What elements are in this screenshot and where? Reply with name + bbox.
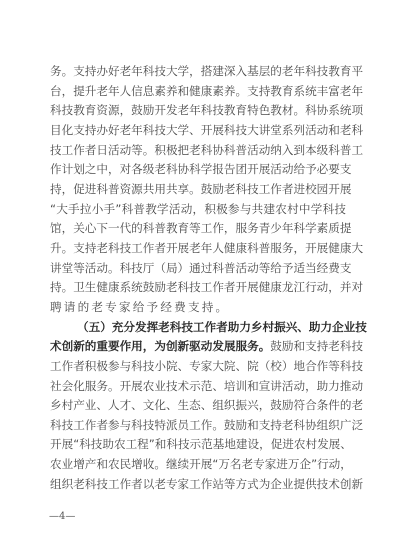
text-line: 讲堂等活动。科技厅（局）通过科普活动等给予适当经费支	[50, 259, 346, 279]
text-line: 目化支持办好老年科技大学、开展科技大讲堂系列活动和老科	[50, 121, 346, 141]
text-line: 务。支持办好老年科技大学，搭建深入基层的老年科技教育平	[50, 62, 346, 82]
body-text: 务。支持办好老年科技大学，搭建深入基层的老年科技教育平 台，提升老年人信息素养和…	[50, 62, 346, 494]
text-line: 农业增产和农民增收。继续开展“万名老专家进万企”行动，	[50, 455, 346, 475]
section-heading-bold: 术创新的重要作用，为创新驱动发展服务。	[50, 339, 270, 353]
page-number: —4—	[49, 511, 75, 522]
text-line: 科技工作者参与科技特派员工作。鼓励和支持老科协组织广泛	[50, 416, 346, 436]
text-line: 升。支持老科技工作者开展老年人健康科普服务，开展健康大	[50, 239, 346, 259]
document-page: 务。支持办好老年科技大学，搭建深入基层的老年科技教育平 台，提升老年人信息素养和…	[0, 0, 394, 557]
section-heading-continuation: 术创新的重要作用，为创新驱动发展服务。鼓励和支持老科技	[50, 337, 346, 357]
text-line: 持，促进科普资源共用共享。鼓励老科技工作者进校园开展	[50, 180, 346, 200]
text-line: 组织老科技工作者以老专家工作站等方式为企业提供技术创新	[50, 475, 346, 495]
text-line: 社会化服务。开展农业技术示范、培训和宣讲活动，助力推动	[50, 377, 346, 397]
text-line: 开展“科技助农工程”和科技示范基地建设，促进农村发展、	[50, 435, 346, 455]
text-line: 持。卫生健康系统鼓励老科技工作者开展健康龙江行动，并对	[50, 278, 346, 298]
section-heading: （五）充分发挥老科技工作者助力乡村振兴、助力企业技	[50, 318, 346, 338]
text-line: 科技教育资源，鼓励开发老年科技教育特色教材。科协系统项	[50, 101, 346, 121]
text-line: 工作者积极参与科技小院、专家大院、院（校）地合作等科技	[50, 357, 346, 377]
text-line: “大手拉小手”科普教学活动，积极参与共建农村中学科技	[50, 200, 346, 220]
text-line: 台，提升老年人信息素养和健康素养。支持教育系统丰富老年	[50, 82, 346, 102]
section-text: 鼓励和支持老科技	[270, 339, 363, 353]
text-line: 作计划之中，对各级老科协科学报告团开展活动给予必要支	[50, 160, 346, 180]
text-line: 馆，关心下一代的科普教育等工作，服务青少年科学素质提	[50, 219, 346, 239]
text-line: 乡村产业、人才、文化、生态、组织振兴，鼓励符合条件的老	[50, 396, 346, 416]
text-line: 技工作者日活动等。积极把老科协科普活动纳入到本级科普工	[50, 141, 346, 161]
text-line: 聘请的老专家给予经费支持。	[50, 298, 346, 318]
